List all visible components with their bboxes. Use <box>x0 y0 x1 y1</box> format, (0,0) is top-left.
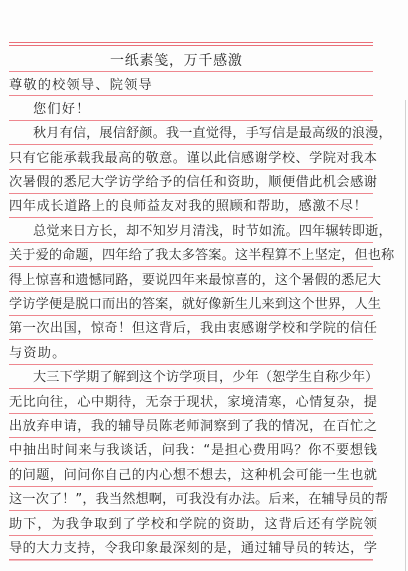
ruled-line <box>9 535 373 536</box>
salutation: 尊敬的校领导、院领导 <box>9 77 377 95</box>
ruled-line <box>9 413 373 414</box>
body-line: 只有它能承载我最高的敬意。谨以此信感谢学校、学院对我本 <box>9 150 377 168</box>
body-line: 学访学便是脱口而出的答案，就好像新生儿来到这个世界，人生 <box>9 296 377 314</box>
body-line: 与资助。 <box>9 345 377 363</box>
letter-page: 一纸素笺，万千感激 尊敬的校领导、院领导 您们好！ 秋月有信，展信舒颜。我一直觉… <box>0 0 408 571</box>
body-line: 出放弃申请，我的辅导员陈老师洞察到了我的情况，在百忙之 <box>9 418 377 436</box>
body-line: 大三下学期了解到这个访学项目，少年（恕学生自称少年） <box>33 369 377 387</box>
ruled-line <box>9 388 373 389</box>
body-line: 总觉来日方长，却不知岁月清浅，时节如流。四年辗转即逝， <box>33 223 377 241</box>
ruled-line <box>9 144 373 145</box>
body-line: 导的大力支持，令我印象最深刻的是，通过辅导员的转达，学 <box>9 540 377 558</box>
body-line: 关于爱的命题，四年给了我太多答案。这半程算不上坚定，但也称 <box>9 247 377 265</box>
body-line: 的问题，问问你自己的内心想不想去，这种机会可能一生也就 <box>9 467 377 485</box>
body-line: 四年成长道路上的良师益友对我的照顾和帮助，感激不尽！ <box>9 198 377 216</box>
body-line: 中抽出时间来与我谈话，问我：“是担心费用吗？你不要想钱 <box>9 442 377 460</box>
ruled-line <box>9 71 373 72</box>
ruled-line <box>9 486 373 487</box>
ruled-line <box>9 217 373 218</box>
ruled-line <box>9 169 373 170</box>
letter-title: 一纸素笺，万千感激 <box>110 52 242 70</box>
greeting: 您们好！ <box>33 101 377 119</box>
ruled-line <box>9 193 373 194</box>
body-line: 次暑假的悉尼大学访学给予的信任和资助，顺便借此机会感谢 <box>9 174 377 192</box>
ruled-line <box>9 291 373 292</box>
ruled-line <box>9 461 373 462</box>
body-line: 这一次了！”，我当然想啊，可我没有办法。后来，在辅导员的帮 <box>9 491 377 509</box>
body-line: 助下，为我争取到了学校和学院的资助，这背后还有学院领 <box>9 516 377 534</box>
ruled-line <box>9 560 373 561</box>
ruled-line <box>9 315 373 316</box>
ruled-line <box>9 242 373 243</box>
page-edge <box>405 100 406 571</box>
ruled-line <box>9 339 373 340</box>
ruled-line <box>9 120 373 121</box>
ruled-line <box>9 95 373 96</box>
body-line: 得上惊喜和遗憾同路，要说四年来最惊喜的，这个暑假的悉尼大 <box>9 272 377 290</box>
ruled-line <box>9 266 373 267</box>
ruled-line <box>9 510 373 511</box>
body-line: 秋月有信，展信舒颜。我一直觉得，手写信是最高级的浪漫， <box>33 125 377 143</box>
ruled-line <box>9 364 373 365</box>
body-line: 无比向往，心中期待，无奈于现状，家境清寒，心情复杂，提 <box>9 394 377 412</box>
ruled-line <box>9 437 373 438</box>
body-line: 第一次出国，惊奇！但这背后，我由衷感谢学校和学院的信任 <box>9 320 377 338</box>
header-rule <box>9 45 373 46</box>
header-rule <box>9 42 373 43</box>
